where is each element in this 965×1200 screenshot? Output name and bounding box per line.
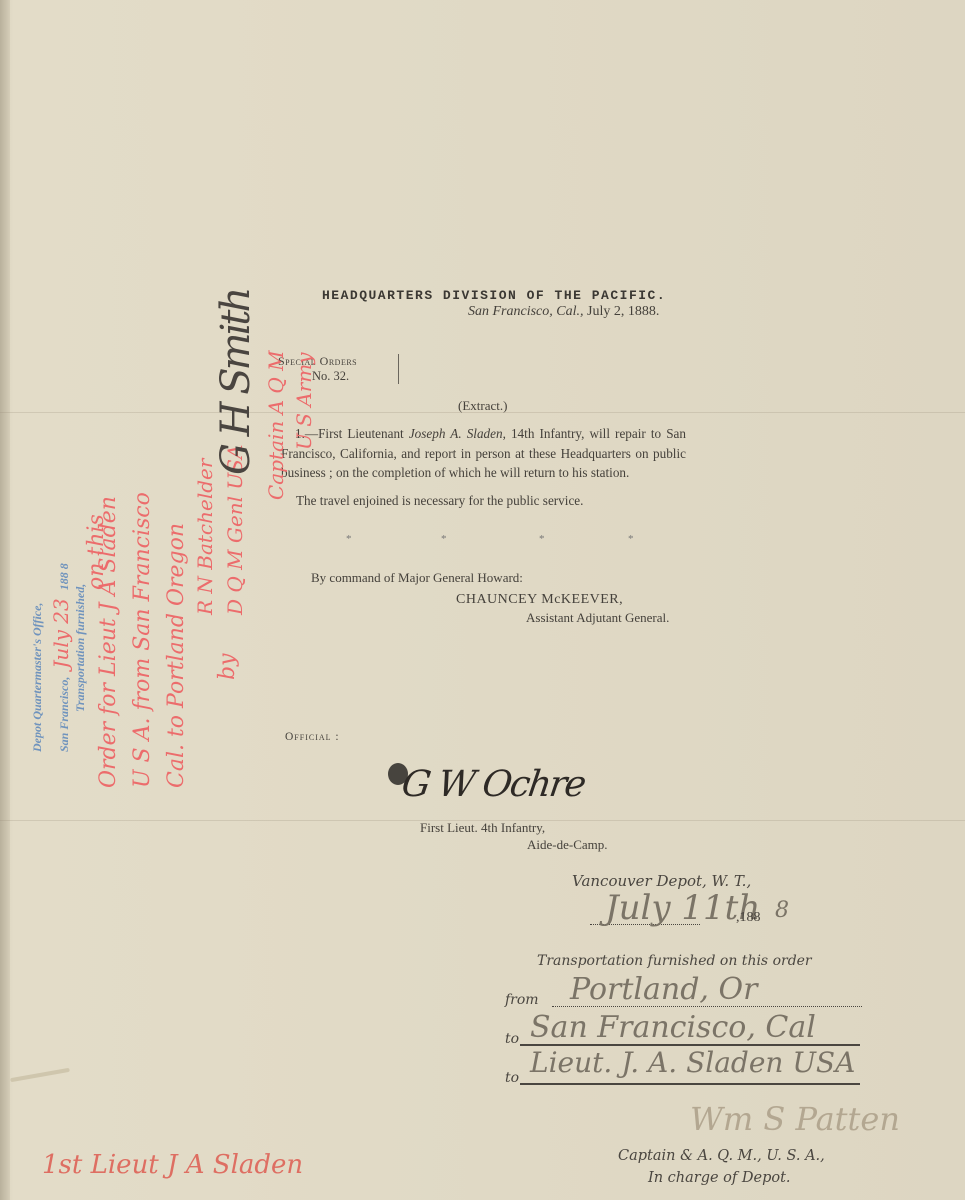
signatory-name: CHAUNCEY McKEEVER, bbox=[456, 592, 623, 608]
to-label: to bbox=[505, 1031, 519, 1047]
red-vertical-title: Captain A Q M U S Army bbox=[262, 350, 318, 500]
signatory-title: Assistant Adjutant General. bbox=[526, 610, 669, 626]
signer-rank: Captain & A. Q. M., U. S. A., bbox=[618, 1148, 825, 1164]
stamp-city: San Francisco, bbox=[57, 677, 71, 752]
asterisk: * bbox=[441, 533, 447, 545]
stamp-line1: Depot Quartermaster's Office, bbox=[30, 563, 45, 752]
binding-thread bbox=[10, 1068, 70, 1082]
official-rank: First Lieut. 4th Infantry, bbox=[420, 820, 545, 836]
asterisk: * bbox=[539, 533, 545, 545]
official-signature: G W Ochre bbox=[399, 764, 587, 805]
travel-statement: The travel enjoined is necessary for the… bbox=[296, 493, 583, 509]
header-place-date: San Francisco, Cal., July 2, 1888. bbox=[468, 304, 659, 320]
asterisk: * bbox=[628, 533, 634, 545]
to2-value: Lieut. J. A. Sladen USA bbox=[530, 1046, 855, 1079]
document-page: HEADQUARTERS DIVISION OF THE PACIFIC. Sa… bbox=[0, 0, 965, 1200]
header-place: San Francisco, Cal., bbox=[468, 304, 584, 319]
extract-label: (Extract.) bbox=[458, 398, 507, 414]
red-margin-by: by bbox=[215, 653, 240, 680]
red-note-line3: U S A. from San Francisco bbox=[126, 492, 160, 788]
red-vertical-line2: U S Army bbox=[290, 350, 318, 450]
order-brace bbox=[398, 354, 402, 384]
stamp-year: 188 8 bbox=[57, 563, 71, 590]
transport-statement: Transportation furnished on this order bbox=[537, 953, 812, 969]
asterisk: * bbox=[346, 533, 352, 545]
endorsement-year-printed: ,188 bbox=[736, 910, 761, 926]
page-binding-edge bbox=[0, 0, 10, 1200]
from-value: Portland, Or bbox=[570, 972, 757, 1007]
red-note-line2: Order for Lieut J A Sladen bbox=[92, 492, 126, 788]
officer-name: Joseph A. Sladen bbox=[409, 426, 503, 441]
header-date: July 2, 1888. bbox=[587, 304, 659, 319]
bottom-red-signature: 1st Lieut J A Sladen bbox=[42, 1150, 303, 1180]
quartermaster-stamp: Depot Quartermaster's Office, San Franci… bbox=[30, 563, 88, 752]
to-value: San Francisco, Cal bbox=[530, 1010, 816, 1045]
stamp-line2-row: San Francisco, July 23 188 8 bbox=[49, 563, 73, 752]
red-margin-note: Order for Lieut J A Sladen U S A. from S… bbox=[92, 492, 194, 788]
from-label: from bbox=[505, 992, 539, 1008]
red-note-line4: Cal. to Portland Oregon bbox=[160, 492, 194, 788]
order-paragraph: 1.—First Lieutenant Joseph A. Sladen, 14… bbox=[281, 424, 686, 483]
signer-title: In charge of Depot. bbox=[648, 1170, 791, 1186]
to2-label: to bbox=[505, 1070, 519, 1086]
header-title: HEADQUARTERS DIVISION OF THE PACIFIC. bbox=[322, 288, 666, 303]
official-title: Aide-de-Camp. bbox=[527, 837, 608, 853]
official-label: Official : bbox=[285, 731, 340, 743]
stamp-date: July 23 bbox=[49, 598, 73, 668]
to2-line bbox=[520, 1083, 860, 1085]
endorsement-signature: Wm S Patten bbox=[690, 1100, 900, 1138]
vertical-signature: G H Smith bbox=[213, 290, 259, 475]
endorsement-year-handwritten: 8 bbox=[775, 898, 789, 923]
red-vertical-line1: Captain A Q M bbox=[262, 350, 290, 500]
command-line: By command of Major General Howard: bbox=[311, 570, 523, 586]
